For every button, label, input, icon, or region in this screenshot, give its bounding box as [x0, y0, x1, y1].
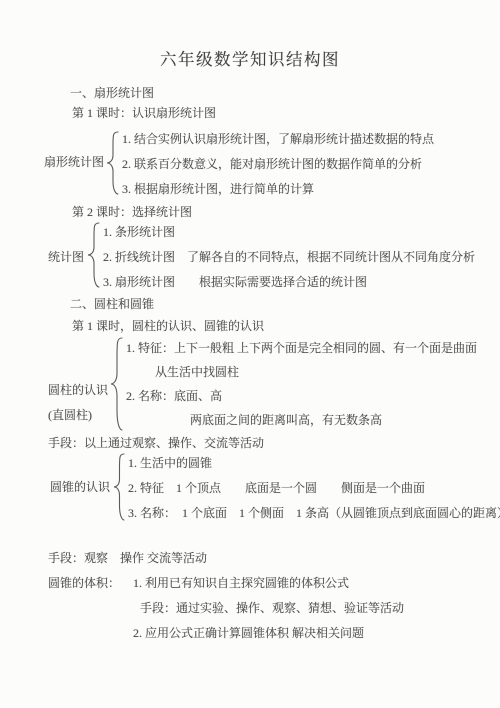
stat-item: 3. 扇形统计图 根据实际需要选择合适的统计图: [103, 274, 367, 290]
cylinder-group-label: 圆柱的认识: [48, 382, 108, 398]
section-1-heading: 一、扇形统计图: [70, 85, 154, 101]
section-1-lesson-2: 第 2 课时：选择统计图: [72, 204, 192, 220]
cylinder-item: 2. 名称：底面、高: [126, 388, 222, 404]
section-1-lesson-1: 第 1 课时：认识扇形统计图: [72, 105, 216, 121]
stat-item: 2. 折线统计图 了解各自的不同特点，根据不同统计图从不同角度分析: [103, 249, 475, 265]
left-brace: [106, 131, 120, 195]
cylinder-group-sublabel: (直圆柱): [48, 407, 92, 423]
cone-group-label: 圆锥的认识: [50, 479, 110, 495]
fan-group-label: 扇形统计图: [44, 154, 104, 170]
cone-volume-item: 2. 应用公式正确计算圆锥体积 解决相关问题: [133, 625, 364, 641]
cylinder-item-subline: 两底面之间的距离叫高，有无数条高: [190, 412, 382, 428]
cone-volume-item: 1. 利用已有知识自主探究圆锥的体积公式: [133, 575, 349, 591]
cone-item: 2. 特征 1 个顶点 底面是一个圆 侧面是一个曲面: [128, 480, 425, 496]
stat-group-label: 统计图: [48, 249, 84, 265]
left-brace: [113, 453, 126, 521]
fan-item: 1. 结合实例认识扇形统计图，了解扇形统计描述数据的特点: [122, 131, 434, 147]
fan-item: 3. 根据扇形统计图，进行简单的计算: [122, 181, 314, 197]
left-brace: [87, 222, 101, 288]
stat-item: 1. 条形统计图: [103, 224, 175, 240]
cylinder-item-subline: 从生活中找圆柱: [155, 364, 239, 380]
cone-volume-means: 手段：通过实验、操作、观察、猜想、验证等活动: [140, 600, 404, 616]
cylinder-item: 1. 特征：上下一般粗 上下两个面是完全相同的圆、有一个面是曲面: [126, 340, 477, 356]
fan-item: 2. 联系百分数意义，能对扇形统计图的数据作简单的分析: [122, 156, 422, 172]
means-note-cylinder: 手段：以上通过观察、操作、交流等活动: [48, 435, 264, 451]
means-note-cone: 手段：观察 操作 交流等活动: [48, 550, 207, 566]
cone-item: 1. 生活中的圆锥: [128, 455, 212, 471]
cone-item: 3. 名称： 1 个底面 1 个侧面 1 条高（从圆锥顶点到底面圆心的距离）: [128, 505, 500, 521]
page-title: 六年级数学知识结构图: [0, 46, 500, 70]
cone-volume-label: 圆锥的体积：: [48, 575, 120, 591]
section-2-heading: 二、圆柱和圆锥: [70, 296, 154, 312]
section-2-lesson-1: 第 1 课时，圆柱的认识、圆锥的认识: [72, 318, 264, 334]
left-brace: [110, 337, 124, 431]
document-page: 六年级数学知识结构图 一、扇形统计图 第 1 课时：认识扇形统计图 扇形统计图 …: [0, 0, 500, 708]
